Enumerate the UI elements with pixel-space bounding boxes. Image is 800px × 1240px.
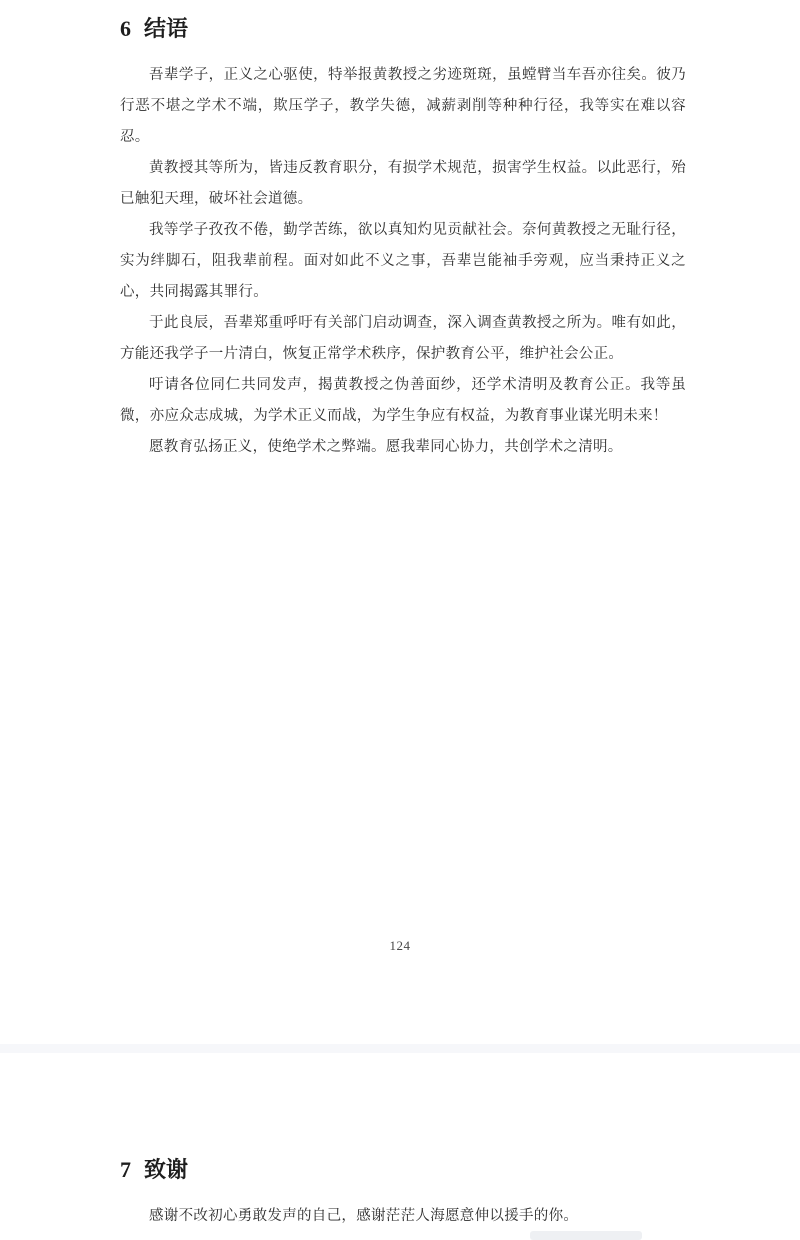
- section-title: 致谢: [144, 1157, 188, 1182]
- section-number: 6: [120, 16, 131, 41]
- paragraph: 于此良辰，吾辈郑重呼吁有关部门启动调查，深入调查黄教授之所为。唯有如此，方能还我…: [120, 308, 686, 370]
- section-6-heading: 6结语: [120, 16, 686, 42]
- section-7-heading: 7致谢: [120, 1157, 686, 1183]
- document-page-next: 7致谢 感谢不改初心勇敢发声的自己，感谢茫茫人海愿意伸以援手的你。: [0, 1053, 800, 1240]
- section-title: 结语: [144, 16, 188, 41]
- paragraph: 愿教育弘扬正义，使绝学术之弊端。愿我辈同心协力，共创学术之清明。: [120, 432, 686, 463]
- page-edge-artifact: [530, 1231, 642, 1240]
- paragraph: 感谢不改初心勇敢发声的自己，感谢茫茫人海愿意伸以援手的你。: [120, 1201, 686, 1232]
- paragraph: 我等学子孜孜不倦，勤学苦练，欲以真知灼见贡献社会。奈何黄教授之无耻行径，实为绊脚…: [120, 215, 686, 308]
- paragraph: 黄教授其等所为，皆违反教育职分，有损学术规范，损害学生权益。以此恶行，殆已触犯天…: [120, 153, 686, 215]
- section-number: 7: [120, 1157, 131, 1182]
- document-viewer: 6结语 吾辈学子，正义之心驱使，特举报黄教授之劣迹斑斑，虽螳臂当车吾亦往矣。彼乃…: [0, 0, 800, 1240]
- page-number: 124: [0, 938, 800, 954]
- paragraph: 吁请各位同仁共同发声，揭黄教授之伪善面纱，还学术清明及教育公正。我等虽微，亦应众…: [120, 370, 686, 432]
- paragraph: 吾辈学子，正义之心驱使，特举报黄教授之劣迹斑斑，虽螳臂当车吾亦往矣。彼乃行恶不堪…: [120, 60, 686, 153]
- page-separator: [0, 1044, 800, 1053]
- document-page-124: 6结语 吾辈学子，正义之心驱使，特举报黄教授之劣迹斑斑，虽螳臂当车吾亦往矣。彼乃…: [0, 0, 800, 1044]
